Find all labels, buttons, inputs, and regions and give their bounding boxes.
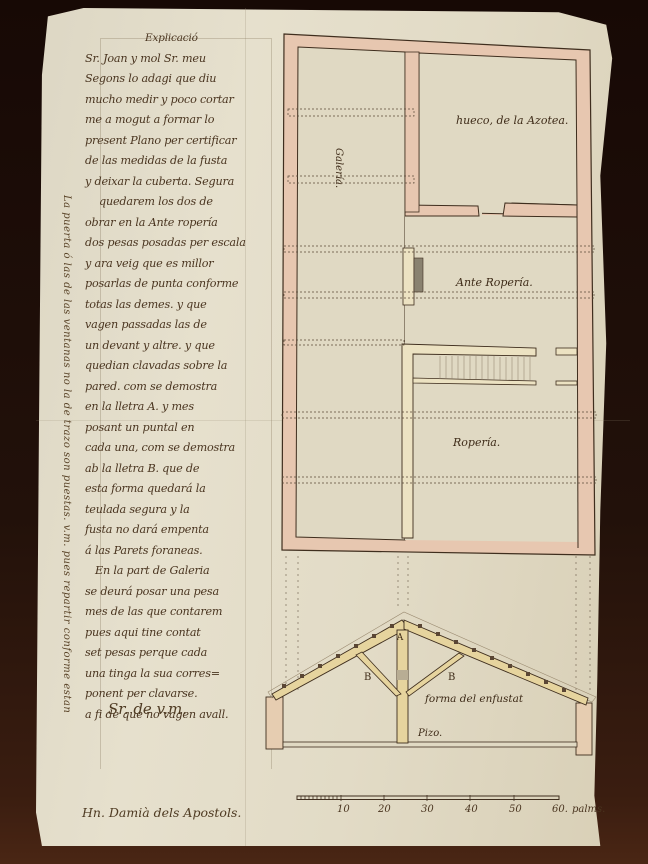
scale-unit: palms. [572, 804, 605, 815]
pillar-shadow [414, 258, 423, 292]
room-label-roperia: Ropería. [452, 436, 500, 449]
architectural-drawing: hueco, de la Azotea. Galería. Ante Roper… [0, 0, 648, 864]
roof-truss-section: A B B forma del enfustat Pizo. [266, 612, 596, 755]
letter-b-left: B [364, 672, 371, 683]
left-strut [356, 652, 401, 696]
left-wall-section [266, 697, 283, 749]
scale-tick-10: 10 [337, 804, 350, 815]
section-title: forma del enfustat [424, 693, 524, 705]
scale-bar: 10 20 30 40 50 60. palms. [297, 795, 605, 815]
king-post [397, 630, 408, 743]
galeria-room [296, 47, 405, 540]
pillar [403, 248, 414, 305]
floor-label: Pizo. [417, 728, 442, 739]
room-label-hueco: hueco, de la Azotea. [456, 114, 568, 127]
scale-tick-30: 30 [421, 804, 434, 815]
scale-tick-40: 40 [464, 804, 478, 815]
wall-stub-right [503, 203, 577, 217]
floor-plan [282, 34, 596, 690]
room-label-galeria: Galería. [333, 148, 344, 188]
left-rafter [272, 620, 408, 700]
letter-b-right: B [448, 672, 455, 683]
floor-beam [283, 742, 577, 747]
letter-a: A [396, 633, 404, 643]
right-wall-section [576, 703, 592, 755]
scale-tick-50: 50 [509, 804, 522, 815]
scale-tick-60: 60. [552, 804, 568, 815]
scale-tick-20: 20 [377, 804, 391, 815]
room-label-ante-roperia: Ante Ropería. [455, 276, 533, 289]
hueco-azotea-room [419, 53, 577, 214]
